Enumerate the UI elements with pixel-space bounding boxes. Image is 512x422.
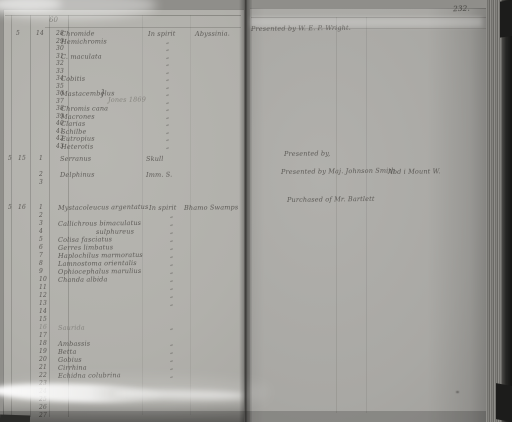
column-rule — [190, 15, 191, 415]
column-rule — [142, 15, 143, 415]
species-name: Ophiocephalus marulius — [58, 268, 141, 276]
row-number: 9 — [39, 269, 43, 275]
spirit-ditto-mark: „ — [170, 261, 173, 267]
spirit-ditto-mark: „ — [166, 113, 169, 119]
spirit-ditto-mark: „ — [166, 76, 169, 82]
paper-speck — [456, 391, 459, 393]
species-name: Hemichromis — [61, 38, 107, 45]
acquisition-note: Presented by Maj. Johnson Smith — [281, 168, 396, 176]
acquisition-note: Abd i Mount W. — [388, 168, 441, 175]
spirit-ditto-mark: „ — [166, 121, 169, 127]
species-name: Colisa fasciatus — [58, 236, 112, 243]
spirit-ditto-mark: „ — [170, 325, 173, 331]
date-month: 5 — [16, 31, 20, 37]
page-edge-dark — [502, 0, 512, 422]
species-name: C. maculata — [61, 53, 102, 60]
spirit-ditto-mark: „ — [166, 98, 169, 104]
date-day: 14 — [36, 31, 44, 37]
acquisition-note: Presented by W. E. P. Wright. — [251, 25, 351, 33]
column-rule — [336, 17, 337, 413]
page-edge-stack — [486, 0, 503, 422]
spirit-ditto-mark: „ — [170, 365, 173, 371]
row-number: 1 — [39, 205, 43, 211]
row-number: 8 — [39, 261, 43, 267]
spirit-ditto-mark: „ — [170, 349, 173, 355]
row-number: 15 — [39, 317, 47, 323]
spirit-ditto-mark: „ — [166, 68, 169, 74]
spirit-ditto-mark: „ — [170, 293, 173, 299]
row-number: 6 — [39, 245, 43, 251]
species-name: Delphinus — [60, 172, 95, 179]
row-number: 4 — [39, 229, 43, 235]
row-number: 3 — [39, 180, 43, 186]
spirit-ditto-mark: „ — [170, 285, 173, 291]
date-day: 15 — [18, 156, 26, 162]
background-corner-top-right — [500, 0, 512, 38]
spirit-ditto-mark: „ — [170, 221, 173, 227]
right-page-number: 232. — [453, 4, 470, 14]
species-name: sulphureus — [96, 229, 134, 236]
species-name: Heterotis — [61, 143, 93, 150]
spirit-ditto-mark: „ — [166, 136, 169, 142]
condition-note: Imm. S. — [146, 172, 172, 179]
header-rule-left-bottom — [45, 27, 241, 28]
row-number: 16 — [39, 325, 47, 331]
row-number: 17 — [39, 333, 47, 339]
row-number: 11 — [39, 285, 47, 291]
locality-note: Abyssinia. — [195, 31, 230, 38]
spirit-ditto-mark: „ — [166, 61, 169, 67]
condition-note: In spirit — [148, 31, 176, 38]
header-rule-left-top — [5, 15, 241, 16]
locality-note: Bhamo Swamps — [184, 204, 238, 211]
spirit-ditto-mark: „ — [166, 106, 169, 112]
register-scan-photo: 60 232. 51428ChromideIn spiritAbyssinia.… — [0, 0, 512, 422]
row-number: 19 — [39, 349, 47, 355]
spirit-ditto-mark: „ — [170, 229, 173, 235]
spirit-ditto-mark: „ — [166, 128, 169, 134]
spirit-ditto-mark: „ — [166, 83, 169, 89]
species-name: Mastacembelus — [61, 90, 115, 97]
row-number: 12 — [39, 293, 47, 299]
shadow-bottom-band — [0, 411, 512, 422]
row-number: 23 — [39, 381, 47, 387]
row-number: 7 — [39, 253, 43, 259]
species-name: Clarias — [61, 121, 85, 128]
background-corner-bottom-right — [496, 383, 512, 422]
spirit-ditto-mark: „ — [170, 253, 173, 259]
species-name: Ambassis — [58, 341, 90, 348]
date-month: 5 — [8, 205, 12, 211]
spirit-ditto-mark: „ — [170, 301, 173, 307]
spirit-ditto-mark: „ — [170, 277, 173, 283]
marginal-note: Jones 1869 — [108, 96, 146, 103]
species-name: Betta — [58, 349, 77, 356]
left-folio-number: 60 — [49, 16, 58, 24]
row-number: 2 — [39, 172, 43, 178]
brace-mark: } — [100, 90, 106, 99]
book-gutter — [239, 0, 252, 422]
row-number: 33 — [56, 68, 64, 74]
column-rule — [30, 15, 31, 417]
row-number: 2 — [39, 213, 43, 219]
column-rule — [49, 15, 50, 417]
species-name: Gobius — [58, 357, 82, 364]
species-name: Mystacoleucus argentatus — [58, 204, 149, 212]
species-name: Chromide — [61, 31, 95, 38]
background-corner-bottom-left — [0, 414, 30, 422]
column-rule — [366, 17, 367, 413]
species-name: Eutropius — [61, 136, 95, 143]
row-number: 20 — [39, 357, 47, 363]
spirit-ditto-mark: „ — [170, 213, 173, 219]
species-name: Serranus — [60, 156, 91, 163]
row-number: 18 — [39, 341, 47, 347]
spirit-ditto-mark: „ — [166, 46, 169, 52]
condition-note: In spirit — [149, 205, 177, 212]
row-number: 5 — [39, 237, 43, 243]
spirit-ditto-mark: „ — [166, 38, 169, 44]
row-number: 30 — [56, 46, 64, 52]
spirit-ditto-mark: „ — [170, 341, 173, 347]
species-name: Cirrhina — [58, 365, 87, 372]
spirit-ditto-mark: „ — [170, 357, 173, 363]
species-name: Chanda albida — [58, 276, 108, 283]
row-number: 22 — [39, 373, 47, 379]
row-number: 13 — [39, 301, 47, 307]
spirit-ditto-mark: „ — [166, 53, 169, 59]
species-name: Callichrous bimaculatus — [58, 220, 141, 228]
acquisition-note: Presented by, — [284, 150, 330, 157]
column-rule — [11, 15, 12, 417]
species-name: Echidna colubrina — [58, 372, 121, 379]
row-number: 32 — [56, 61, 64, 67]
species-name: Cobitis — [61, 76, 85, 83]
row-number: 3 — [39, 221, 43, 227]
species-name: Saurida — [58, 325, 85, 332]
acquisition-note: Purchased of Mr. Bartlett — [287, 196, 375, 204]
spirit-ditto-mark: „ — [170, 245, 173, 251]
date-day: 16 — [18, 205, 26, 211]
row-number: 14 — [39, 309, 47, 315]
spirit-ditto-mark: „ — [170, 269, 173, 275]
header-rule-right-top — [251, 17, 486, 18]
row-number: 24 — [39, 389, 47, 395]
spirit-ditto-mark: „ — [170, 373, 173, 379]
row-number: 21 — [39, 365, 47, 371]
right-page — [250, 8, 489, 422]
spirit-ditto-mark: „ — [166, 143, 169, 149]
row-number: 1 — [39, 156, 43, 162]
date-month: 5 — [8, 156, 12, 162]
row-number: 35 — [56, 83, 64, 89]
spirit-ditto-mark: „ — [170, 237, 173, 243]
species-name: Chromis cana — [61, 105, 108, 112]
condition-note: Skull — [146, 156, 164, 163]
spirit-ditto-mark: „ — [166, 91, 169, 97]
row-number: 10 — [39, 277, 47, 283]
row-number: 37 — [56, 98, 64, 104]
